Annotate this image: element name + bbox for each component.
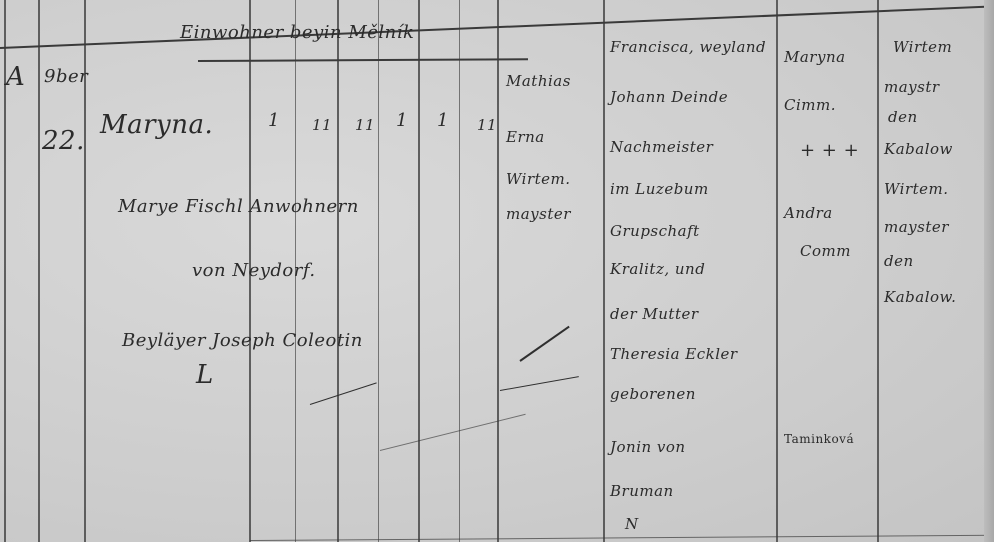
remark-line: Wirtem	[893, 38, 952, 56]
annotation-note: Taminková	[784, 432, 854, 446]
mother-line: im Luzebum	[610, 180, 709, 198]
flourish-stroke	[380, 414, 526, 451]
mother-line: Jonin von	[610, 438, 686, 456]
mother-line: der Mutter	[610, 305, 699, 323]
column-rule	[38, 0, 40, 542]
godparent-line: Comm	[800, 242, 851, 260]
notes-line-3: Beyläyer Joseph Coleotin	[122, 330, 363, 351]
mother-line: N	[625, 515, 639, 533]
column-rule	[877, 0, 879, 542]
godparent-line: + + +	[800, 140, 859, 161]
godparent-line: Maryna	[784, 48, 846, 66]
column-rule	[378, 0, 379, 542]
tally-mark: 11	[312, 116, 332, 134]
entry-day: 22.	[42, 126, 85, 156]
column-rule	[418, 0, 420, 542]
child-name: Maryna.	[100, 110, 213, 140]
mother-line: Nachmeister	[610, 138, 713, 156]
father-line: Mathias	[506, 72, 571, 90]
column-rule	[337, 0, 339, 542]
bottom-rule	[250, 535, 994, 541]
entry-month: 9ber	[44, 66, 88, 87]
mother-line: Francisca, weyland	[610, 38, 766, 56]
mother-line: Bruman	[610, 482, 674, 500]
register-page: Einwohner beyin Mělník A 9ber 22. Maryna…	[0, 0, 994, 542]
godparent-line: Andra	[784, 204, 833, 222]
mother-line: Kralitz, und	[610, 260, 705, 278]
notes-line-2: von Neydorf.	[192, 260, 316, 281]
mother-line: Grupschaft	[610, 222, 700, 240]
column-rule	[497, 0, 499, 542]
column-rule	[603, 0, 605, 542]
tally-mark: 1	[268, 110, 280, 131]
signature-stroke	[519, 326, 569, 362]
remark-line: Wirtem.	[884, 180, 949, 198]
father-line: mayster	[506, 205, 571, 223]
signature-stroke	[500, 376, 579, 391]
column-rule	[459, 0, 460, 542]
mother-line: geborenen	[610, 385, 696, 403]
father-line: Erna	[506, 128, 545, 146]
column-rule	[776, 0, 778, 542]
godparent-line: Cimm.	[784, 96, 836, 114]
tally-mark: 11	[477, 116, 497, 134]
remark-line: den	[884, 252, 914, 270]
remark-line: mayster	[884, 218, 949, 236]
remark-line: maystr	[884, 78, 940, 96]
heading-underline	[198, 58, 528, 62]
mother-line: Johann Deinde	[610, 88, 728, 106]
underline-stroke	[310, 382, 377, 405]
notes-mark: L	[196, 360, 214, 390]
mother-line: Theresia Eckler	[610, 345, 738, 363]
tally-mark: 1	[396, 110, 408, 131]
father-line: Wirtem.	[506, 170, 571, 188]
tally-mark: 11	[355, 116, 375, 134]
tally-mark: 1	[437, 110, 449, 131]
notes-line-1: Marye Fischl Anwohnern	[118, 196, 359, 217]
remark-line: den	[888, 108, 918, 126]
page-edge	[984, 0, 994, 542]
section-heading: Einwohner beyin Mělník	[180, 22, 414, 43]
row-marker: A	[6, 62, 25, 92]
remark-line: Kabalow	[884, 140, 953, 158]
remark-line: Kabalow.	[884, 288, 956, 306]
